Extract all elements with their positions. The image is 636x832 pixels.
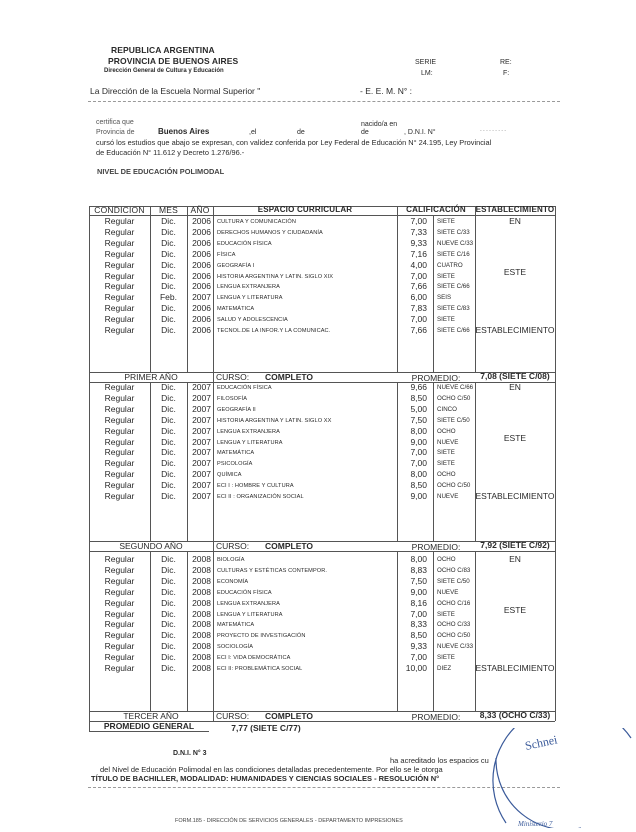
espacio-curricular-cell: MATEMÁTICA — [217, 620, 254, 630]
mes-cell: Dic. — [150, 598, 187, 608]
espacio-curricular-cell: PROYECTO DE INVESTIGACIÓN — [217, 631, 306, 641]
table-gridline — [475, 551, 476, 711]
mes-cell: Dic. — [150, 652, 187, 662]
condicion-cell: Regular — [89, 652, 150, 662]
mes-cell: Dic. — [150, 458, 187, 468]
calificacion-letras-cell: OCHO C/50 — [437, 394, 470, 404]
condicion-cell: Regular — [89, 314, 150, 324]
dni-label: , D.N.I. N° — [404, 129, 436, 136]
nota-cell: 8,83 — [397, 565, 427, 575]
calificacion-letras-cell: OCHO C/33 — [437, 620, 470, 630]
condicion-cell: Regular — [89, 415, 150, 425]
anio-cell: 2006 — [187, 249, 211, 259]
curso-value: COMPLETO — [265, 541, 313, 551]
nota-cell: 9,00 — [397, 587, 427, 597]
condicion-cell: Regular — [89, 238, 150, 248]
table-gridline — [555, 541, 556, 551]
calificacion-letras-cell: SIETE C/83 — [437, 304, 470, 314]
table-gridline — [213, 372, 214, 382]
condicion-cell: Regular — [89, 292, 150, 302]
condicion-cell: Regular — [89, 249, 150, 259]
mes-cell: Dic. — [150, 415, 187, 425]
nota-cell: 4,00 — [397, 260, 427, 270]
promedio-label: PROMEDIO: — [397, 712, 475, 722]
curso-label: CURSO: — [216, 711, 249, 721]
stamp-circle-icon: Schnei Ministerio 7 — [486, 728, 636, 828]
curso-label: CURSO: — [216, 372, 249, 382]
nota-cell: 7,66 — [397, 325, 427, 335]
establecimiento-cell: ESTE — [475, 605, 555, 615]
espacio-curricular-cell: CULTURA Y COMUNICACIÓN — [217, 217, 296, 227]
calificacion-letras-cell: CINCO — [437, 405, 457, 415]
mes-cell: Dic. — [150, 480, 187, 490]
establecimiento-cell: ESTE — [475, 433, 555, 443]
calificacion-letras-cell: SIETE — [437, 315, 455, 325]
espacio-curricular-cell: LENGUA Y LITERATURA — [217, 438, 283, 448]
condicion-cell: Regular — [89, 271, 150, 281]
condicion-cell: Regular — [89, 447, 150, 457]
condicion-cell: Regular — [89, 641, 150, 651]
establecimiento-cell: EN — [475, 216, 555, 226]
calificacion-letras-cell: OCHO C/50 — [437, 481, 470, 491]
column-header-condicion: CONDICION — [89, 205, 150, 215]
establecimiento-cell: ESTE — [475, 267, 555, 277]
footer-dni: D.N.I. N° 3 — [173, 750, 207, 757]
calificacion-letras-cell: SIETE C/33 — [437, 228, 470, 238]
espacio-curricular-cell: ECI II : ORGANIZACIÓN SOCIAL — [217, 492, 304, 502]
mes-cell: Dic. — [150, 469, 187, 479]
table-gridline — [555, 206, 556, 372]
year-summary-label: SEGUNDO AÑO — [89, 541, 213, 551]
nota-cell: 7,83 — [397, 303, 427, 313]
nota-cell: 9,66 — [397, 382, 427, 392]
espacio-curricular-cell: LENGUA EXTRANJERA — [217, 427, 280, 437]
table-gridline — [555, 372, 556, 382]
espacio-curricular-cell: GEOGRAFÍA II — [217, 405, 256, 415]
table-gridline — [89, 731, 209, 732]
calificacion-letras-cell: SIETE C/50 — [437, 416, 470, 426]
espacio-curricular-cell: LENGUA Y LITERATURA — [217, 293, 283, 303]
table-gridline — [213, 711, 214, 721]
espacio-curricular-cell: BIOLOGÍA — [217, 555, 245, 565]
condicion-cell: Regular — [89, 426, 150, 436]
calificacion-letras-cell: DIEZ — [437, 664, 451, 674]
mes-cell: Dic. — [150, 426, 187, 436]
establecimiento-cell: EN — [475, 382, 555, 392]
calificacion-letras-cell: SIETE — [437, 272, 455, 282]
anio-cell: 2007 — [187, 415, 211, 425]
calificacion-letras-cell: SIETE — [437, 448, 455, 458]
anio-cell: 2006 — [187, 227, 211, 237]
espacio-curricular-cell: HISTORIA ARGENTINA Y LATIN. SIGLO XX — [217, 416, 331, 426]
espacio-curricular-cell: EDUCACIÓN FÍSICA — [217, 383, 272, 393]
mes-cell: Dic. — [150, 630, 187, 640]
year-summary-label: TERCER AÑO — [89, 711, 213, 721]
espacio-curricular-cell: CULTURAS Y ESTÉTICAS CONTEMPOR. — [217, 566, 327, 576]
anio-cell: 2008 — [187, 630, 211, 640]
calificacion-letras-cell: OCHO — [437, 555, 456, 565]
anio-cell: 2007 — [187, 437, 211, 447]
nacido-text: nacido/a en — [361, 121, 397, 128]
anio-cell: 2007 — [187, 469, 211, 479]
anio-cell: 2008 — [187, 587, 211, 597]
anio-cell: 2007 — [187, 491, 211, 501]
condicion-cell: Regular — [89, 260, 150, 270]
calificacion-letras-cell: NUEVE — [437, 438, 458, 448]
mes-cell: Dic. — [150, 314, 187, 324]
condicion-cell: Regular — [89, 491, 150, 501]
mes-cell: Dic. — [150, 303, 187, 313]
nota-cell: 7,00 — [397, 314, 427, 324]
table-gridline — [213, 541, 214, 551]
provincia-label: Provincia de — [96, 129, 135, 136]
f-label: F: — [503, 70, 509, 77]
anio-cell: 2008 — [187, 619, 211, 629]
anio-cell: 2008 — [187, 554, 211, 564]
promedio-general-value: 7,77 (SIETE C/77) — [211, 723, 321, 733]
nota-cell: 9,33 — [397, 238, 427, 248]
nota-cell: 7,66 — [397, 281, 427, 291]
espacio-curricular-cell: SALUD Y ADOLESCENCIA — [217, 315, 288, 325]
espacio-curricular-cell: QUÍMICA — [217, 470, 242, 480]
svg-text:Ministerio 7: Ministerio 7 — [517, 820, 553, 828]
calificacion-letras-cell: SIETE — [437, 610, 455, 620]
nota-cell: 8,33 — [397, 619, 427, 629]
table-gridline — [213, 382, 214, 541]
mes-cell: Dic. — [150, 393, 187, 403]
table-gridline — [213, 206, 214, 372]
nota-cell: 7,00 — [397, 609, 427, 619]
promedio-general-label: PROMEDIO GENERAL — [89, 721, 209, 731]
el-text: ,el — [249, 129, 256, 136]
calificacion-letras-cell: SIETE C/66 — [437, 282, 470, 292]
level-title: NIVEL DE EDUCACIÓN POLIMODAL — [97, 167, 224, 176]
column-header-espacio-curricular: ESPACIO CURRICULAR — [213, 205, 397, 215]
table-gridline — [475, 382, 476, 541]
calificacion-letras-cell: OCHO C/83 — [437, 566, 470, 576]
anio-cell: 2007 — [187, 480, 211, 490]
divider — [88, 101, 560, 102]
espacio-curricular-cell: LENGUA Y LITERATURA — [217, 610, 283, 620]
body-line-2: de Educación N° 11.612 y Decreto 1.276/9… — [96, 148, 244, 157]
espacio-curricular-cell: PSICOLOGÍA — [217, 459, 253, 469]
anio-cell: 2007 — [187, 382, 211, 392]
column-header-establecimiento: ESTABLECIMIENTO — [475, 205, 555, 215]
anio-cell: 2007 — [187, 292, 211, 302]
titulo-line: TÍTULO DE BACHILLER, MODALIDAD: HUMANIDA… — [91, 774, 439, 783]
anio-cell: 2007 — [187, 393, 211, 403]
calificacion-letras-cell: NUEVE — [437, 492, 458, 502]
anio-cell: 2006 — [187, 325, 211, 335]
form-line: FORM.185 - DIRECCIÓN DE SERVICIOS GENERA… — [175, 818, 403, 824]
de-text-2: de — [361, 129, 369, 136]
espacio-curricular-cell: HISTORIA ARGENTINA Y LATIN. SIGLO XIX — [217, 272, 333, 282]
column-header-anio: AÑO — [187, 205, 213, 215]
promedio-label: PROMEDIO: — [397, 542, 475, 552]
mes-cell: Dic. — [150, 576, 187, 586]
espacio-curricular-cell: EDUCACIÓN FÍSICA — [217, 588, 272, 598]
condicion-cell: Regular — [89, 404, 150, 414]
de-text-1: de — [297, 129, 305, 136]
calificacion-letras-cell: OCHO C/16 — [437, 599, 470, 609]
anio-cell: 2008 — [187, 576, 211, 586]
mes-cell: Dic. — [150, 325, 187, 335]
curso-value: COMPLETO — [265, 711, 313, 721]
condicion-cell: Regular — [89, 565, 150, 575]
nota-cell: 8,00 — [397, 426, 427, 436]
mes-cell: Dic. — [150, 260, 187, 270]
mes-cell: Dic. — [150, 249, 187, 259]
anio-cell: 2006 — [187, 260, 211, 270]
mes-cell: Dic. — [150, 587, 187, 597]
condicion-cell: Regular — [89, 663, 150, 673]
anio-cell: 2006 — [187, 271, 211, 281]
mes-cell: Dic. — [150, 641, 187, 651]
anio-cell: 2008 — [187, 598, 211, 608]
condicion-cell: Regular — [89, 619, 150, 629]
calificacion-letras-cell: SEIS — [437, 293, 451, 303]
nota-cell: 9,00 — [397, 437, 427, 447]
anio-cell: 2006 — [187, 216, 211, 226]
anio-cell: 2006 — [187, 303, 211, 313]
school-line: La Dirección de la Escuela Normal Superi… — [90, 86, 260, 96]
acreditado-text: ha acreditado los espacios cu — [390, 756, 489, 765]
espacio-curricular-cell: TECNOL.DE LA INFOR.Y LA COMUNICAC. — [217, 326, 330, 336]
espacio-curricular-cell: ECI I : HOMBRE Y CULTURA — [217, 481, 294, 491]
curso-label: CURSO: — [216, 541, 249, 551]
table-gridline — [433, 382, 434, 541]
espacio-curricular-cell: FÍSICA — [217, 250, 236, 260]
mes-cell: Dic. — [150, 554, 187, 564]
mes-cell: Feb. — [150, 292, 187, 302]
mes-cell: Dic. — [150, 382, 187, 392]
nota-cell: 8,00 — [397, 554, 427, 564]
grades-table: CONDICIONMESAÑOESPACIO CURRICULARCALIFIC… — [89, 206, 556, 729]
condicion-cell: Regular — [89, 469, 150, 479]
condicion-cell: Regular — [89, 325, 150, 335]
lm-label: LM: — [421, 70, 433, 77]
promedio-value: 7,92 (SIETE C/92) — [475, 540, 555, 550]
calificacion-letras-cell: OCHO C/50 — [437, 631, 470, 641]
nivel-line: del Nivel de Educación Polimodal en las … — [100, 765, 443, 774]
establecimiento-cell: EN — [475, 554, 555, 564]
calificacion-letras-cell: CUATRO — [437, 261, 463, 271]
column-header-mes: MES — [150, 205, 187, 215]
calificacion-letras-cell: SIETE C/16 — [437, 250, 470, 260]
anio-cell: 2008 — [187, 609, 211, 619]
anio-cell: 2008 — [187, 663, 211, 673]
anio-cell: 2008 — [187, 641, 211, 651]
mes-cell: Dic. — [150, 437, 187, 447]
espacio-curricular-cell: LENGUA EXTRANJERA — [217, 282, 280, 292]
mes-cell: Dic. — [150, 447, 187, 457]
espacio-curricular-cell: ECI I: VIDA DEMOCRÁTICA — [217, 653, 290, 663]
condicion-cell: Regular — [89, 227, 150, 237]
anio-cell: 2007 — [187, 447, 211, 457]
table-gridline — [213, 551, 214, 711]
agency-title: Dirección General de Cultura y Educación — [104, 68, 224, 74]
condicion-cell: Regular — [89, 576, 150, 586]
table-gridline — [433, 215, 434, 372]
nota-cell: 8,16 — [397, 598, 427, 608]
mes-cell: Dic. — [150, 227, 187, 237]
condicion-cell: Regular — [89, 437, 150, 447]
nota-cell: 8,00 — [397, 469, 427, 479]
table-gridline — [89, 551, 555, 552]
espacio-curricular-cell: MATEMÁTICA — [217, 304, 254, 314]
dni-value: - - - - - - - - - — [480, 128, 506, 134]
nota-cell: 9,00 — [397, 491, 427, 501]
nota-cell: 8,50 — [397, 393, 427, 403]
espacio-curricular-cell: MATEMÁTICA — [217, 448, 254, 458]
calificacion-letras-cell: SIETE — [437, 653, 455, 663]
nota-cell: 7,00 — [397, 216, 427, 226]
nota-cell: 7,33 — [397, 227, 427, 237]
svg-text:Schnei: Schnei — [524, 732, 560, 753]
mes-cell: Dic. — [150, 281, 187, 291]
condicion-cell: Regular — [89, 393, 150, 403]
table-gridline — [555, 711, 556, 721]
curso-value: COMPLETO — [265, 372, 313, 382]
anio-cell: 2006 — [187, 314, 211, 324]
column-header-calificacion: CALIFICACIÓN — [397, 205, 475, 215]
condicion-cell: Regular — [89, 216, 150, 226]
espacio-curricular-cell: ECI II: PROBLEMÁTICA SOCIAL — [217, 664, 302, 674]
establecimiento-cell: ESTABLECIMIENTO — [475, 325, 555, 335]
calificacion-letras-cell: SIETE — [437, 459, 455, 469]
nota-cell: 7,00 — [397, 458, 427, 468]
mes-cell: Dic. — [150, 663, 187, 673]
mes-cell: Dic. — [150, 404, 187, 414]
mes-cell: Dic. — [150, 491, 187, 501]
year-summary-label: PRIMER AÑO — [89, 372, 213, 382]
condicion-cell: Regular — [89, 458, 150, 468]
condicion-cell: Regular — [89, 382, 150, 392]
serie-label: SERIE — [415, 59, 436, 66]
table-gridline — [433, 551, 434, 711]
calificacion-letras-cell: OCHO — [437, 427, 456, 437]
nota-cell: 9,33 — [397, 641, 427, 651]
calificacion-letras-cell: SIETE — [437, 217, 455, 227]
official-stamp: Schnei Ministerio 7 — [486, 728, 636, 828]
nota-cell: 7,16 — [397, 249, 427, 259]
calificacion-letras-cell: NUEVE C/33 — [437, 642, 473, 652]
nota-cell: 6,00 — [397, 292, 427, 302]
mes-cell: Dic. — [150, 619, 187, 629]
espacio-curricular-cell: GEOGRAFÍA I — [217, 261, 254, 271]
espacio-curricular-cell: ECONOMÍA — [217, 577, 248, 587]
table-gridline — [555, 382, 556, 541]
condicion-cell: Regular — [89, 480, 150, 490]
anio-cell: 2007 — [187, 404, 211, 414]
nota-cell: 7,00 — [397, 271, 427, 281]
anio-cell: 2007 — [187, 426, 211, 436]
condicion-cell: Regular — [89, 598, 150, 608]
espacio-curricular-cell: DERECHOS HUMANOS Y CIUDADANÍA — [217, 228, 323, 238]
condicion-cell: Regular — [89, 630, 150, 640]
nota-cell: 7,00 — [397, 652, 427, 662]
country-title: REPUBLICA ARGENTINA — [111, 45, 215, 55]
promedio-value: 7,08 (SIETE C/08) — [475, 371, 555, 381]
calificacion-letras-cell: NUEVE C/66 — [437, 383, 473, 393]
province-title: PROVINCIA DE BUENOS AIRES — [108, 56, 238, 66]
calificacion-letras-cell: NUEVE C/33 — [437, 239, 473, 249]
condicion-cell: Regular — [89, 554, 150, 564]
calificacion-letras-cell: NUEVE — [437, 588, 458, 598]
condicion-cell: Regular — [89, 281, 150, 291]
mes-cell: Dic. — [150, 609, 187, 619]
table-gridline — [555, 551, 556, 711]
espacio-curricular-cell: EDUCACIÓN FÍSICA — [217, 239, 272, 249]
eem-label: - E. E. M. N° : — [360, 86, 412, 96]
mes-cell: Dic. — [150, 271, 187, 281]
calificacion-letras-cell: OCHO — [437, 470, 456, 480]
espacio-curricular-cell: FILOSOFÍA — [217, 394, 247, 404]
condicion-cell: Regular — [89, 303, 150, 313]
re-label: RE: — [500, 59, 512, 66]
condicion-cell: Regular — [89, 609, 150, 619]
espacio-curricular-cell: LENGUA EXTRANJERA — [217, 599, 280, 609]
body-line-1: cursó los estudios que abajo se expresan… — [96, 138, 491, 147]
anio-cell: 2007 — [187, 458, 211, 468]
anio-cell: 2008 — [187, 652, 211, 662]
certifica-text: certifica que — [96, 119, 134, 126]
nota-cell: 7,50 — [397, 576, 427, 586]
mes-cell: Dic. — [150, 238, 187, 248]
establecimiento-cell: ESTABLECIMIENTO — [475, 663, 555, 673]
provincia-value: Buenos Aires — [158, 127, 209, 136]
mes-cell: Dic. — [150, 216, 187, 226]
establecimiento-cell: ESTABLECIMIENTO — [475, 491, 555, 501]
nota-cell: 8,50 — [397, 630, 427, 640]
calificacion-letras-cell: SIETE C/50 — [437, 577, 470, 587]
nota-cell: 7,00 — [397, 447, 427, 457]
promedio-value: 8,33 (OCHO C/33) — [475, 710, 555, 720]
anio-cell: 2006 — [187, 281, 211, 291]
condicion-cell: Regular — [89, 587, 150, 597]
nota-cell: 7,50 — [397, 415, 427, 425]
nota-cell: 10,00 — [397, 663, 427, 673]
table-gridline — [475, 206, 476, 372]
anio-cell: 2006 — [187, 238, 211, 248]
nota-cell: 5,00 — [397, 404, 427, 414]
anio-cell: 2008 — [187, 565, 211, 575]
nota-cell: 8,50 — [397, 480, 427, 490]
espacio-curricular-cell: SOCIOLOGÍA — [217, 642, 253, 652]
calificacion-letras-cell: SIETE C/66 — [437, 326, 470, 336]
mes-cell: Dic. — [150, 565, 187, 575]
